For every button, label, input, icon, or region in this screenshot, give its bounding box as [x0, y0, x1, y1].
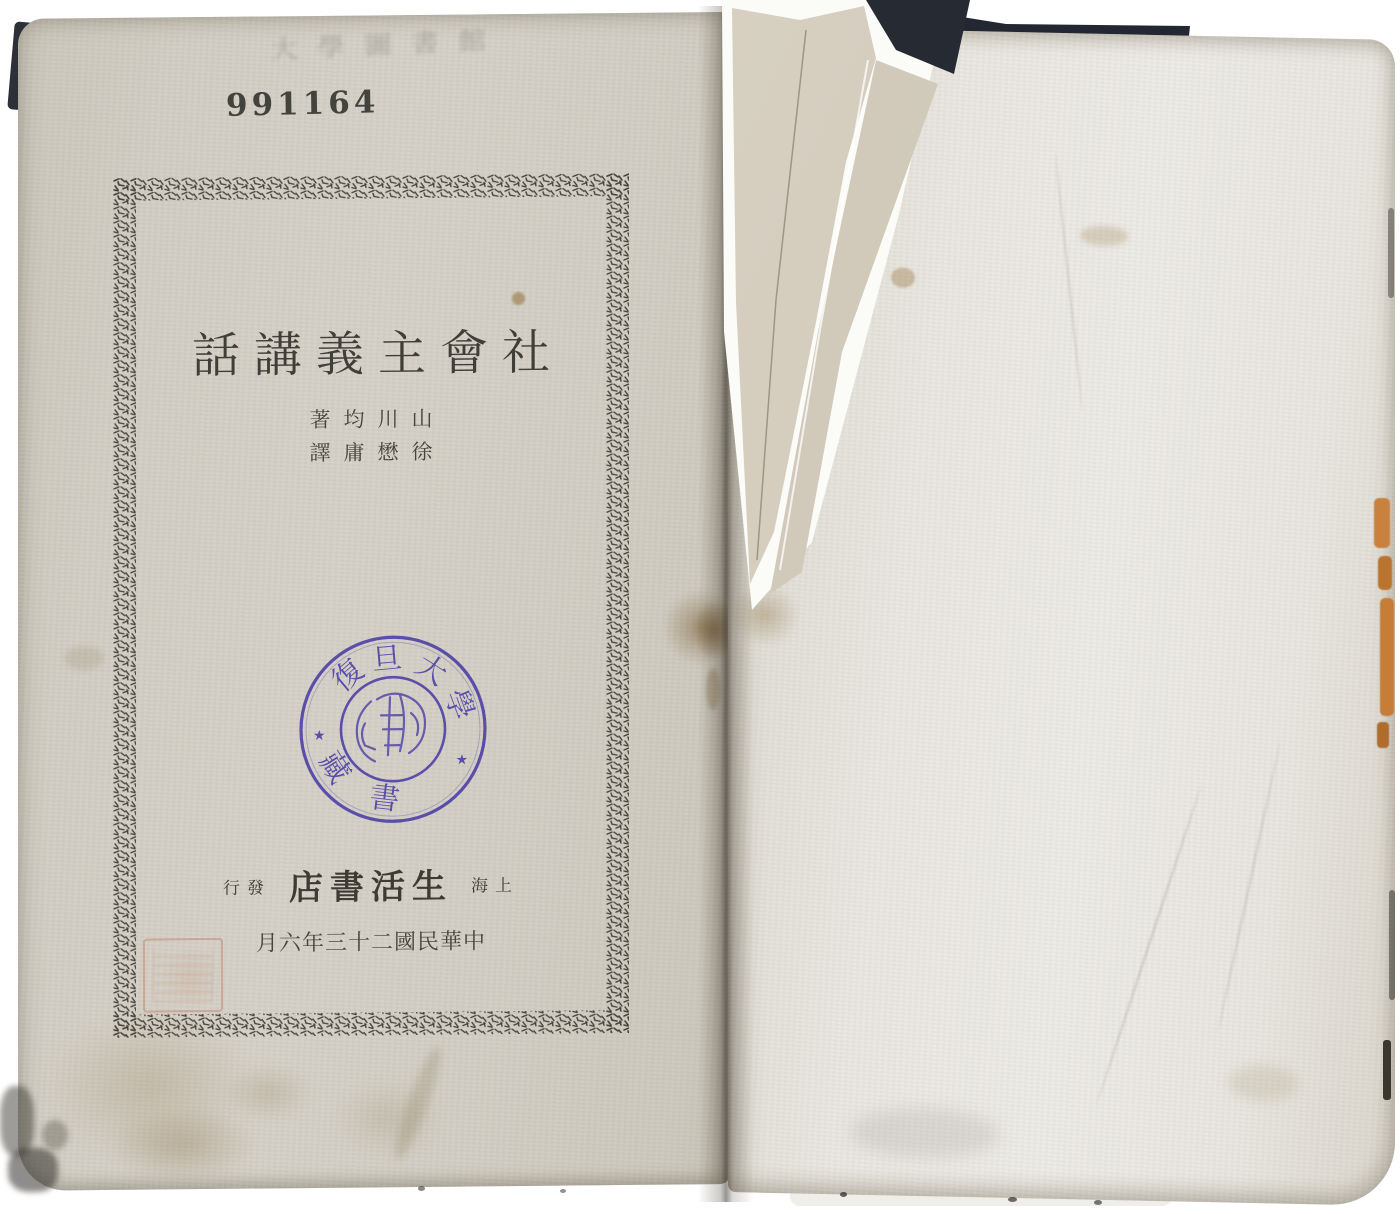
publisher-suffix: 行發 [223, 870, 271, 898]
page-crease [1096, 784, 1203, 1106]
stamp-inner-emblem [357, 693, 425, 761]
stain [891, 267, 915, 288]
edge-speck [1094, 1200, 1102, 1205]
library-round-stamp: 復 旦 大 學 藏 書 ★ ★ [293, 628, 493, 830]
accession-number-stamp: 991164 [226, 84, 380, 124]
stain [333, 1078, 443, 1159]
stain [223, 1062, 313, 1123]
stain [64, 646, 104, 670]
page-crease [1217, 741, 1281, 1034]
author-line: 著均川山 [113, 401, 629, 436]
publisher-city: 海上 [471, 868, 519, 896]
edge-wear-orange [1374, 498, 1390, 548]
corner-wear-dark [0, 1086, 34, 1156]
edge-speck [1008, 1197, 1017, 1202]
corner-wear-dark [8, 1148, 58, 1192]
stain [108, 1105, 258, 1186]
edge-wear-orange [1378, 556, 1392, 590]
publisher-line: 行發 店書活生 海上 [113, 855, 629, 912]
stain [1080, 225, 1128, 246]
open-book-photo: 大學圖書館 991164 話講義主會社 著均川山 [0, 0, 1400, 1214]
stamp-char: 旦 [371, 642, 404, 678]
page-crease [1054, 153, 1083, 412]
publisher-name: 店書活生 [289, 858, 453, 909]
seal-marks [153, 948, 213, 1003]
stamp-star-icon: ★ [456, 753, 469, 768]
book-title: 話講義主會社 [113, 313, 629, 387]
edge-wear-dark [1389, 890, 1395, 1000]
stain [388, 1043, 448, 1163]
edge-speck [840, 1192, 847, 1197]
translator-line: 譯庸懋徐 [113, 434, 629, 469]
spine-stain [706, 668, 720, 710]
stamp-star-icon: ★ [313, 729, 326, 744]
edge-wear-dark [1388, 208, 1394, 298]
faint-library-stamp: 大學圖書館 [178, 16, 599, 71]
edge-wear-orange [1380, 598, 1394, 716]
left-page: 大學圖書館 991164 話講義主會社 著均川山 [18, 12, 730, 1191]
stain [1228, 1064, 1298, 1101]
edge-speck [560, 1189, 566, 1193]
faded-red-seal [143, 938, 223, 1013]
corner-wear-dark [42, 1120, 68, 1150]
stamp-char: 書 [368, 781, 402, 817]
stain [850, 1107, 1000, 1160]
edge-speck [418, 1186, 425, 1191]
edge-wear-dark [1383, 1040, 1391, 1100]
edge-wear-orange [1377, 722, 1389, 748]
